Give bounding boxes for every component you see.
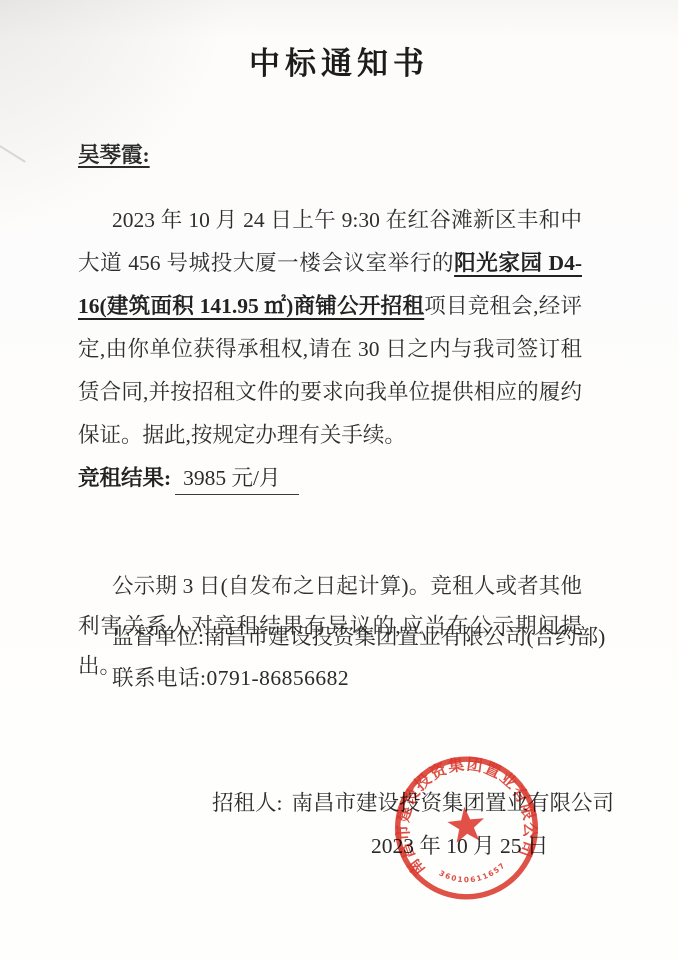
body-paragraph: 2023 年 10 月 24 日上午 9:30 在红谷滩新区丰和中大道 456 … — [78, 199, 582, 457]
scan-crease — [0, 143, 26, 163]
recipient-name: 吴琴霞: — [78, 138, 150, 169]
company-seal: 南昌市建设投资集团置业有限公司 3601061165780 — [381, 741, 552, 914]
company-seal-graphic: 南昌市建设投资集团置业有限公司 3601061165780 — [381, 741, 552, 914]
document-page: 中标通知书 吴琴霞: 2023 年 10 月 24 日上午 9:30 在红谷滩新… — [0, 0, 678, 959]
contact-line: 联系电话:0791-86856682 — [112, 661, 349, 692]
seal-star-icon — [446, 805, 486, 844]
notice-title: 中标通知书 — [0, 38, 678, 83]
result-row: 竞租结果:3985 元/月 — [78, 461, 299, 495]
result-label: 竞租结果: — [78, 466, 171, 490]
supervisor-line: 监督单位:南昌市建设投资集团置业有限公司(合约部) — [112, 620, 605, 651]
result-value: 3985 元/月 — [175, 461, 298, 495]
issuer-label: 招租人: — [212, 791, 282, 815]
